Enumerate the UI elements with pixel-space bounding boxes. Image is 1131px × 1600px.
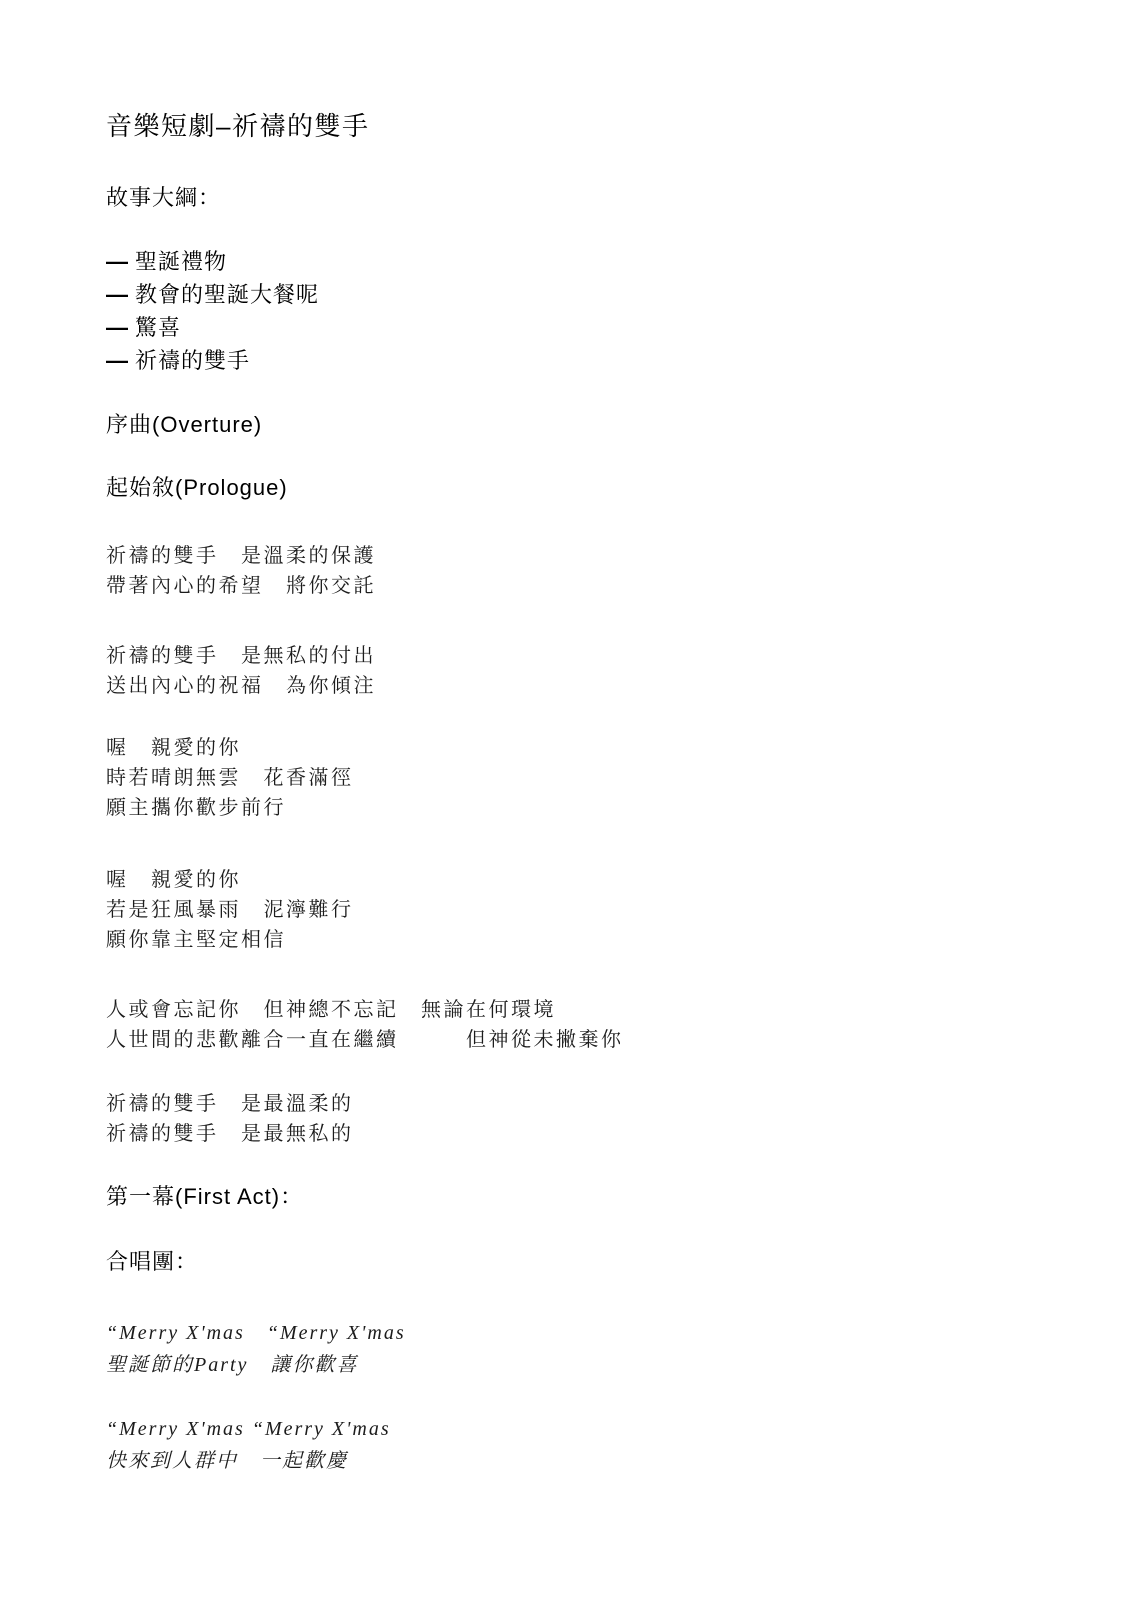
- first-act-heading: 第一幕(First Act)：: [106, 1183, 1051, 1210]
- lyric-line: 若是狂風暴雨 泥濘難行: [106, 895, 1051, 925]
- document-page: 音樂短劇–祈禱的雙手 故事大綱： —聖誕禮物 —教會的聖誕大餐呢 —驚喜 —祈禱…: [0, 0, 1131, 1600]
- lyric-stanza: 祈禱的雙手 是無私的付出 送出內心的祝福 為你傾注: [106, 641, 1051, 701]
- choir-lyric-line: 聖誕節的Party 讓你歡喜: [106, 1349, 1051, 1381]
- prologue-heading: 起始敘(Prologue): [106, 474, 1051, 501]
- choir-lyric-stanza: “Merry X'mas “Merry X'mas 聖誕節的Party 讓你歡喜: [106, 1317, 1051, 1381]
- lyric-line: 祈禱的雙手 是無私的付出: [106, 641, 1051, 671]
- dash-bullet: —: [106, 245, 135, 278]
- dash-bullet: —: [106, 344, 135, 377]
- choir-lyric-line: 快來到人群中 一起歡慶: [106, 1445, 1051, 1477]
- lyric-line: 帶著內心的希望 將你交託: [106, 571, 1051, 601]
- outline-heading: 故事大綱：: [106, 184, 1051, 211]
- lyric-stanza: 祈禱的雙手 是最溫柔的 祈禱的雙手 是最無私的: [106, 1089, 1051, 1149]
- lyric-line: 時若晴朗無雲 花香滿徑: [106, 763, 1051, 793]
- lyric-stanza: 喔 親愛的你 若是狂風暴雨 泥濘難行 願你靠主堅定相信: [106, 865, 1051, 955]
- list-item-label: 教會的聖誕大餐呢: [135, 282, 319, 307]
- lyric-line: 喔 親愛的你: [106, 733, 1051, 763]
- lyric-stanza: 祈禱的雙手 是溫柔的保護 帶著內心的希望 將你交託: [106, 541, 1051, 601]
- list-item-label: 祈禱的雙手: [135, 348, 250, 373]
- lyric-line: 喔 親愛的你: [106, 865, 1051, 895]
- lyric-stanza: 人或會忘記你 但神總不忘記 無論在何環境 人世間的悲歡離合一直在繼續 但神從未撇…: [106, 995, 1051, 1055]
- list-item: —祈禱的雙手: [106, 344, 1051, 377]
- dash-bullet: —: [106, 311, 135, 344]
- lyric-line: 祈禱的雙手 是溫柔的保護: [106, 541, 1051, 571]
- lyric-line: 送出內心的祝福 為你傾注: [106, 671, 1051, 701]
- list-item-label: 聖誕禮物: [135, 249, 227, 274]
- list-item: —驚喜: [106, 311, 1051, 344]
- page-title: 音樂短劇–祈禱的雙手: [106, 110, 1051, 142]
- choir-heading: 合唱團：: [106, 1248, 1051, 1275]
- lyric-line: 人或會忘記你 但神總不忘記 無論在何環境: [106, 995, 1051, 1025]
- outline-list: —聖誕禮物 —教會的聖誕大餐呢 —驚喜 —祈禱的雙手: [106, 245, 1051, 377]
- list-item-label: 驚喜: [135, 315, 181, 340]
- list-item: —教會的聖誕大餐呢: [106, 278, 1051, 311]
- lyric-line: 願你靠主堅定相信: [106, 925, 1051, 955]
- choir-lyric-line: “Merry X'mas “Merry X'mas: [106, 1413, 1051, 1445]
- lyric-line: 祈禱的雙手 是最無私的: [106, 1119, 1051, 1149]
- lyric-line: 祈禱的雙手 是最溫柔的: [106, 1089, 1051, 1119]
- dash-bullet: —: [106, 278, 135, 311]
- list-item: —聖誕禮物: [106, 245, 1051, 278]
- lyric-stanza: 喔 親愛的你 時若晴朗無雲 花香滿徑 願主攜你歡步前行: [106, 733, 1051, 823]
- choir-lyric-line: “Merry X'mas “Merry X'mas: [106, 1317, 1051, 1349]
- overture-heading: 序曲(Overture): [106, 411, 1051, 438]
- lyric-line: 願主攜你歡步前行: [106, 793, 1051, 823]
- choir-lyric-stanza: “Merry X'mas “Merry X'mas 快來到人群中 一起歡慶: [106, 1413, 1051, 1477]
- lyric-line: 人世間的悲歡離合一直在繼續 但神從未撇棄你: [106, 1025, 1051, 1055]
